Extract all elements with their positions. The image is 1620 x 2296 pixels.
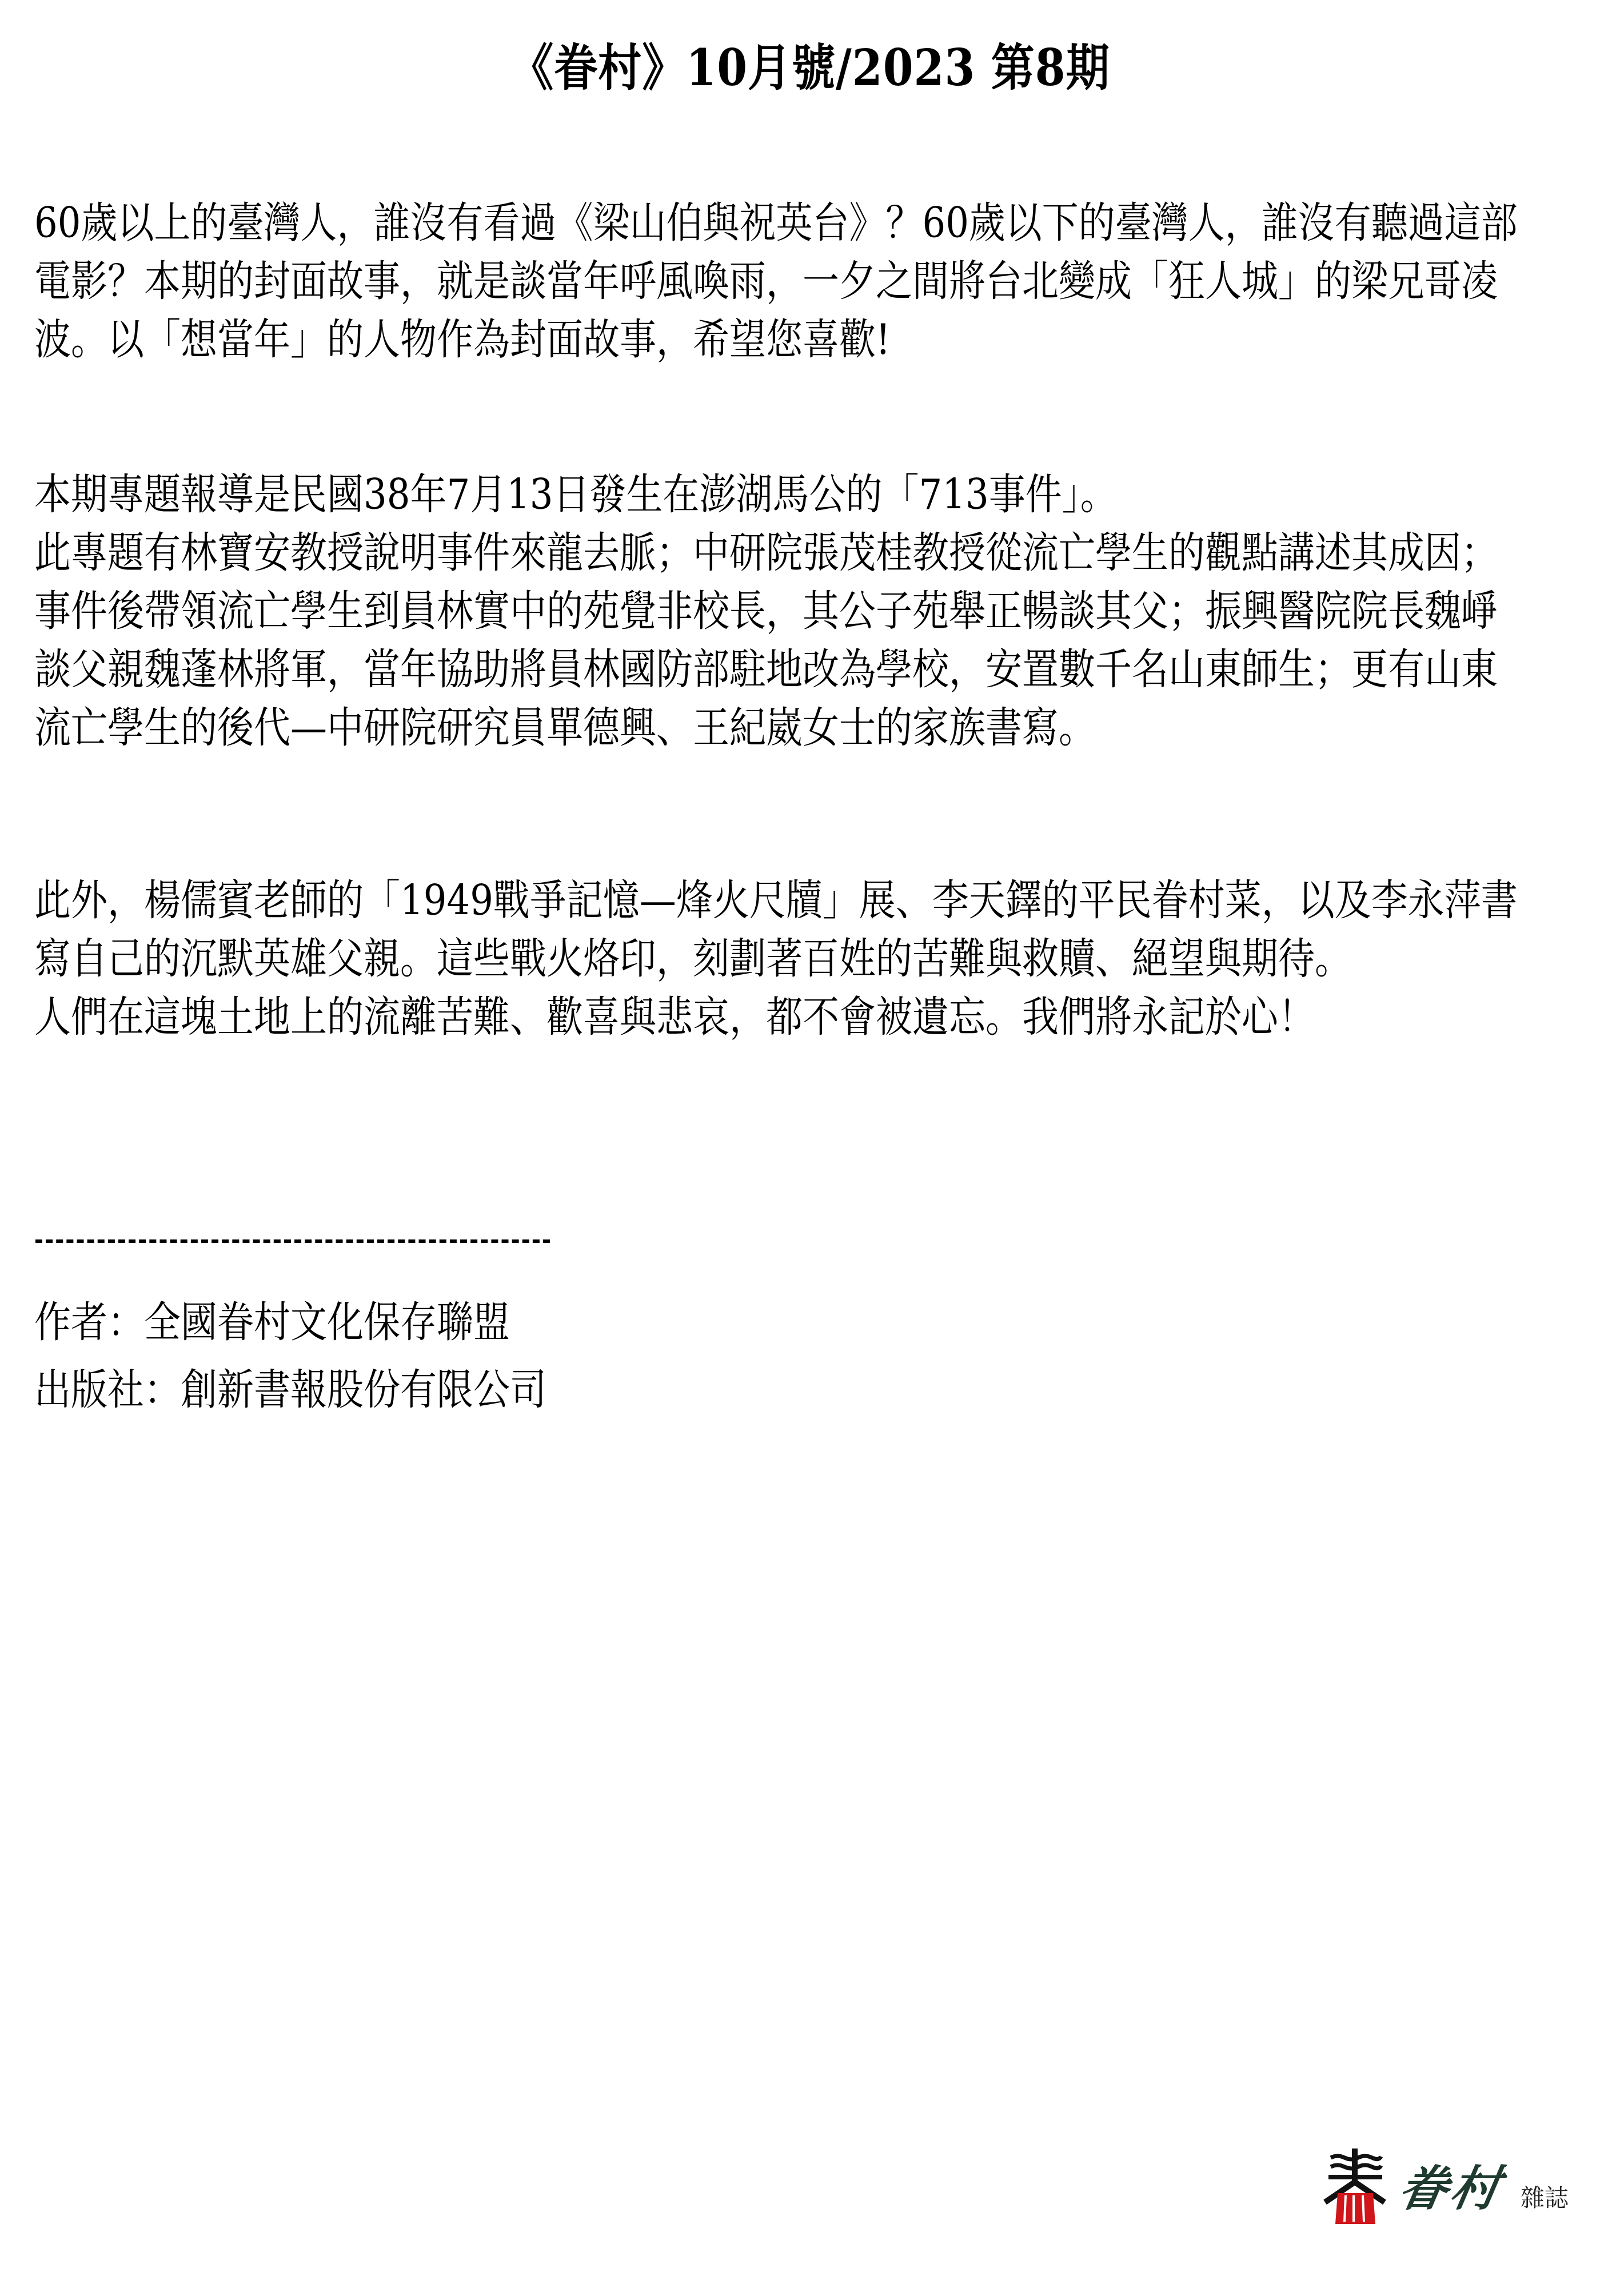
dashed-separator	[35, 1239, 550, 1243]
text-line: 60歲以上的臺灣人，誰沒有看過《梁山伯與祝英台》？60歲以下的臺灣人，誰沒有聽過…	[34, 190, 1601, 257]
text-line: 人們在這塊土地上的流離苦難、歡喜與悲哀，都不會被遺忘。我們將永記於心！	[34, 984, 1601, 1051]
text-line: 事件後帶領流亡學生到員林實中的苑覺非校長，其公子苑舉正暢談其父；振興醫院院長魏崢	[34, 578, 1601, 645]
credits: 作者：全國眷村文化保存聯盟 出版社：創新書報股份有限公司	[34, 1289, 546, 1424]
magazine-logo: 眷村 雜誌	[1320, 2138, 1583, 2235]
author-line: 作者：全國眷村文化保存聯盟	[34, 1284, 546, 1362]
logo-script-text: 眷村	[1394, 2160, 1507, 2217]
juancun-logo-mark-icon	[1320, 2145, 1389, 2225]
logo-sub-text: 雜誌	[1521, 2184, 1569, 2213]
text-line: 談父親魏蓬林將軍，當年協助將員林國防部駐地改為學校，安置數千名山東師生；更有山東	[34, 636, 1601, 703]
text-line: 電影？本期的封面故事，就是談當年呼風喚雨，一夕之間將台北變成「狂人城」的梁兄哥凌	[34, 248, 1601, 315]
text-line: 寫自己的沉默英雄父親。這些戰火烙印，刻劃著百姓的苦難與救贖、絕望與期待。	[34, 926, 1601, 992]
text-line: 流亡學生的後代—中研院研究員單德興、王紀崴女士的家族書寫。	[34, 695, 1601, 762]
text-line: 此外，楊儒賓老師的「1949戰爭記憶—烽火尺牘」展、李天鐸的平民眷村菜，以及李永…	[34, 867, 1601, 934]
text-line: 本期專題報導是民國38年7月13日發生在澎湖馬公的「713事件」。	[34, 461, 1601, 528]
paragraph-special-report: 本期專題報導是民國38年7月13日發生在澎湖馬公的「713事件」。 此專題有林寶…	[34, 466, 1601, 758]
text-line: 波。以「想當年」的人物作為封面故事，希望您喜歡!	[34, 306, 1601, 373]
text-line: 此專題有林寶安教授說明事件來龍去脈；中研院張茂桂教授從流亡學生的觀點講述其成因；	[34, 520, 1601, 587]
paragraph-other-features: 此外，楊儒賓老師的「1949戰爭記憶—烽火尺牘」展、李天鐸的平民眷村菜，以及李永…	[34, 872, 1601, 1047]
publisher-line: 出版社：創新書報股份有限公司	[34, 1352, 546, 1429]
paragraph-cover-story: 60歲以上的臺灣人，誰沒有看過《梁山伯與祝英台》？60歲以下的臺灣人，誰沒有聽過…	[34, 194, 1601, 369]
page-title: 《眷村》10月號/2023 第8期	[0, 35, 1620, 101]
